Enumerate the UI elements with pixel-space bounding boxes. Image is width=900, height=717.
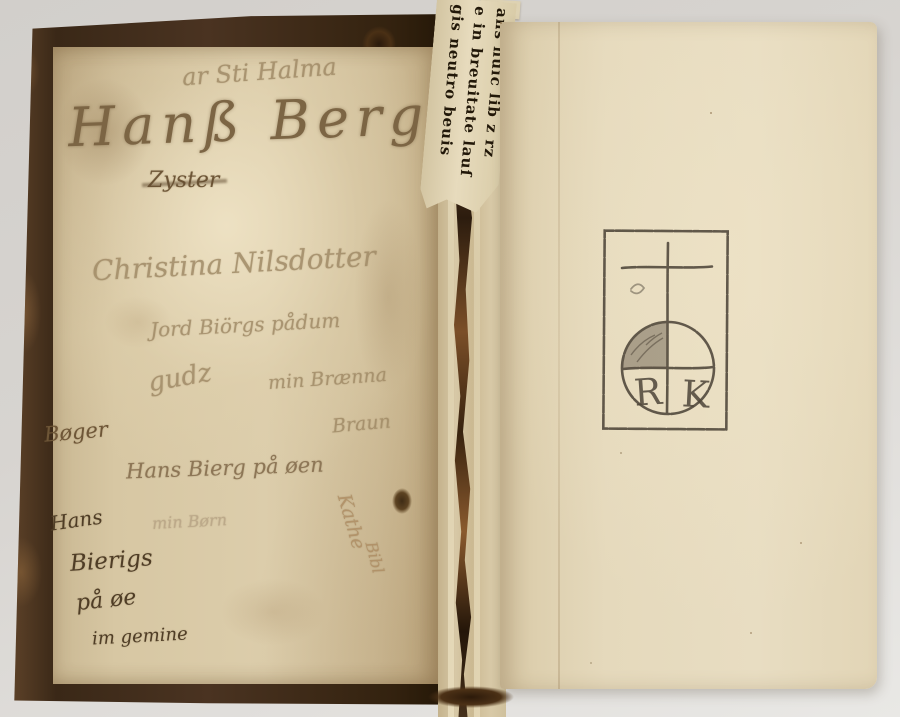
left-cover-leather: ar Sti Halma Hanß Berg Zyster Christina … [13,12,446,706]
page-crease [558,22,560,689]
inscription-bierigs: Bierigs [69,547,153,576]
inscription-min-born: min Børn [152,512,228,532]
rk-stamp-svg: R K [601,227,731,435]
inscription-vertical-2: Bibl [362,540,385,575]
inscription-hans-2: Hans [49,506,104,533]
stamp-scribble [631,284,644,293]
inscription-gudz: gudz [146,360,213,397]
inscription-braun: Braun [331,412,391,436]
book-photograph: ar Sti Halma Hanß Berg Zyster Christina … [0,0,900,717]
stamp-cross-bar [622,267,712,269]
inscription-paa-oe: på øe [75,587,137,615]
inscription-struck-word: Zyster [148,168,219,193]
inscription-top-faint: ar Sti Halma [181,55,337,90]
stain [203,567,343,657]
ink-blot [392,488,412,514]
inscription-bjergs: Jord Biörgs pådum [150,310,341,340]
stamp-letter-r: R [633,370,665,415]
rk-stamp: R K [601,227,731,435]
inscription-owner-large: Hanß Berg [67,89,431,156]
inscription-bierg-oen: Hans Bierg på øen [126,455,324,483]
inscription-owner-2: Christina Nilsdotter [91,243,376,286]
paper-specks [500,22,502,24]
pastedown-page: ar Sti Halma Hanß Berg Zyster Christina … [53,47,439,684]
inscription-boger: Bøger [43,419,109,445]
flyleaf-page: R K [500,22,877,689]
stamp-letter-k: K [681,372,712,416]
spine-tail-leather [428,686,514,708]
inscription-gemine: im gemine [92,626,189,649]
stamp-shaded-quadrant [623,323,667,368]
inscription-braenna: min Brænna [267,366,387,393]
